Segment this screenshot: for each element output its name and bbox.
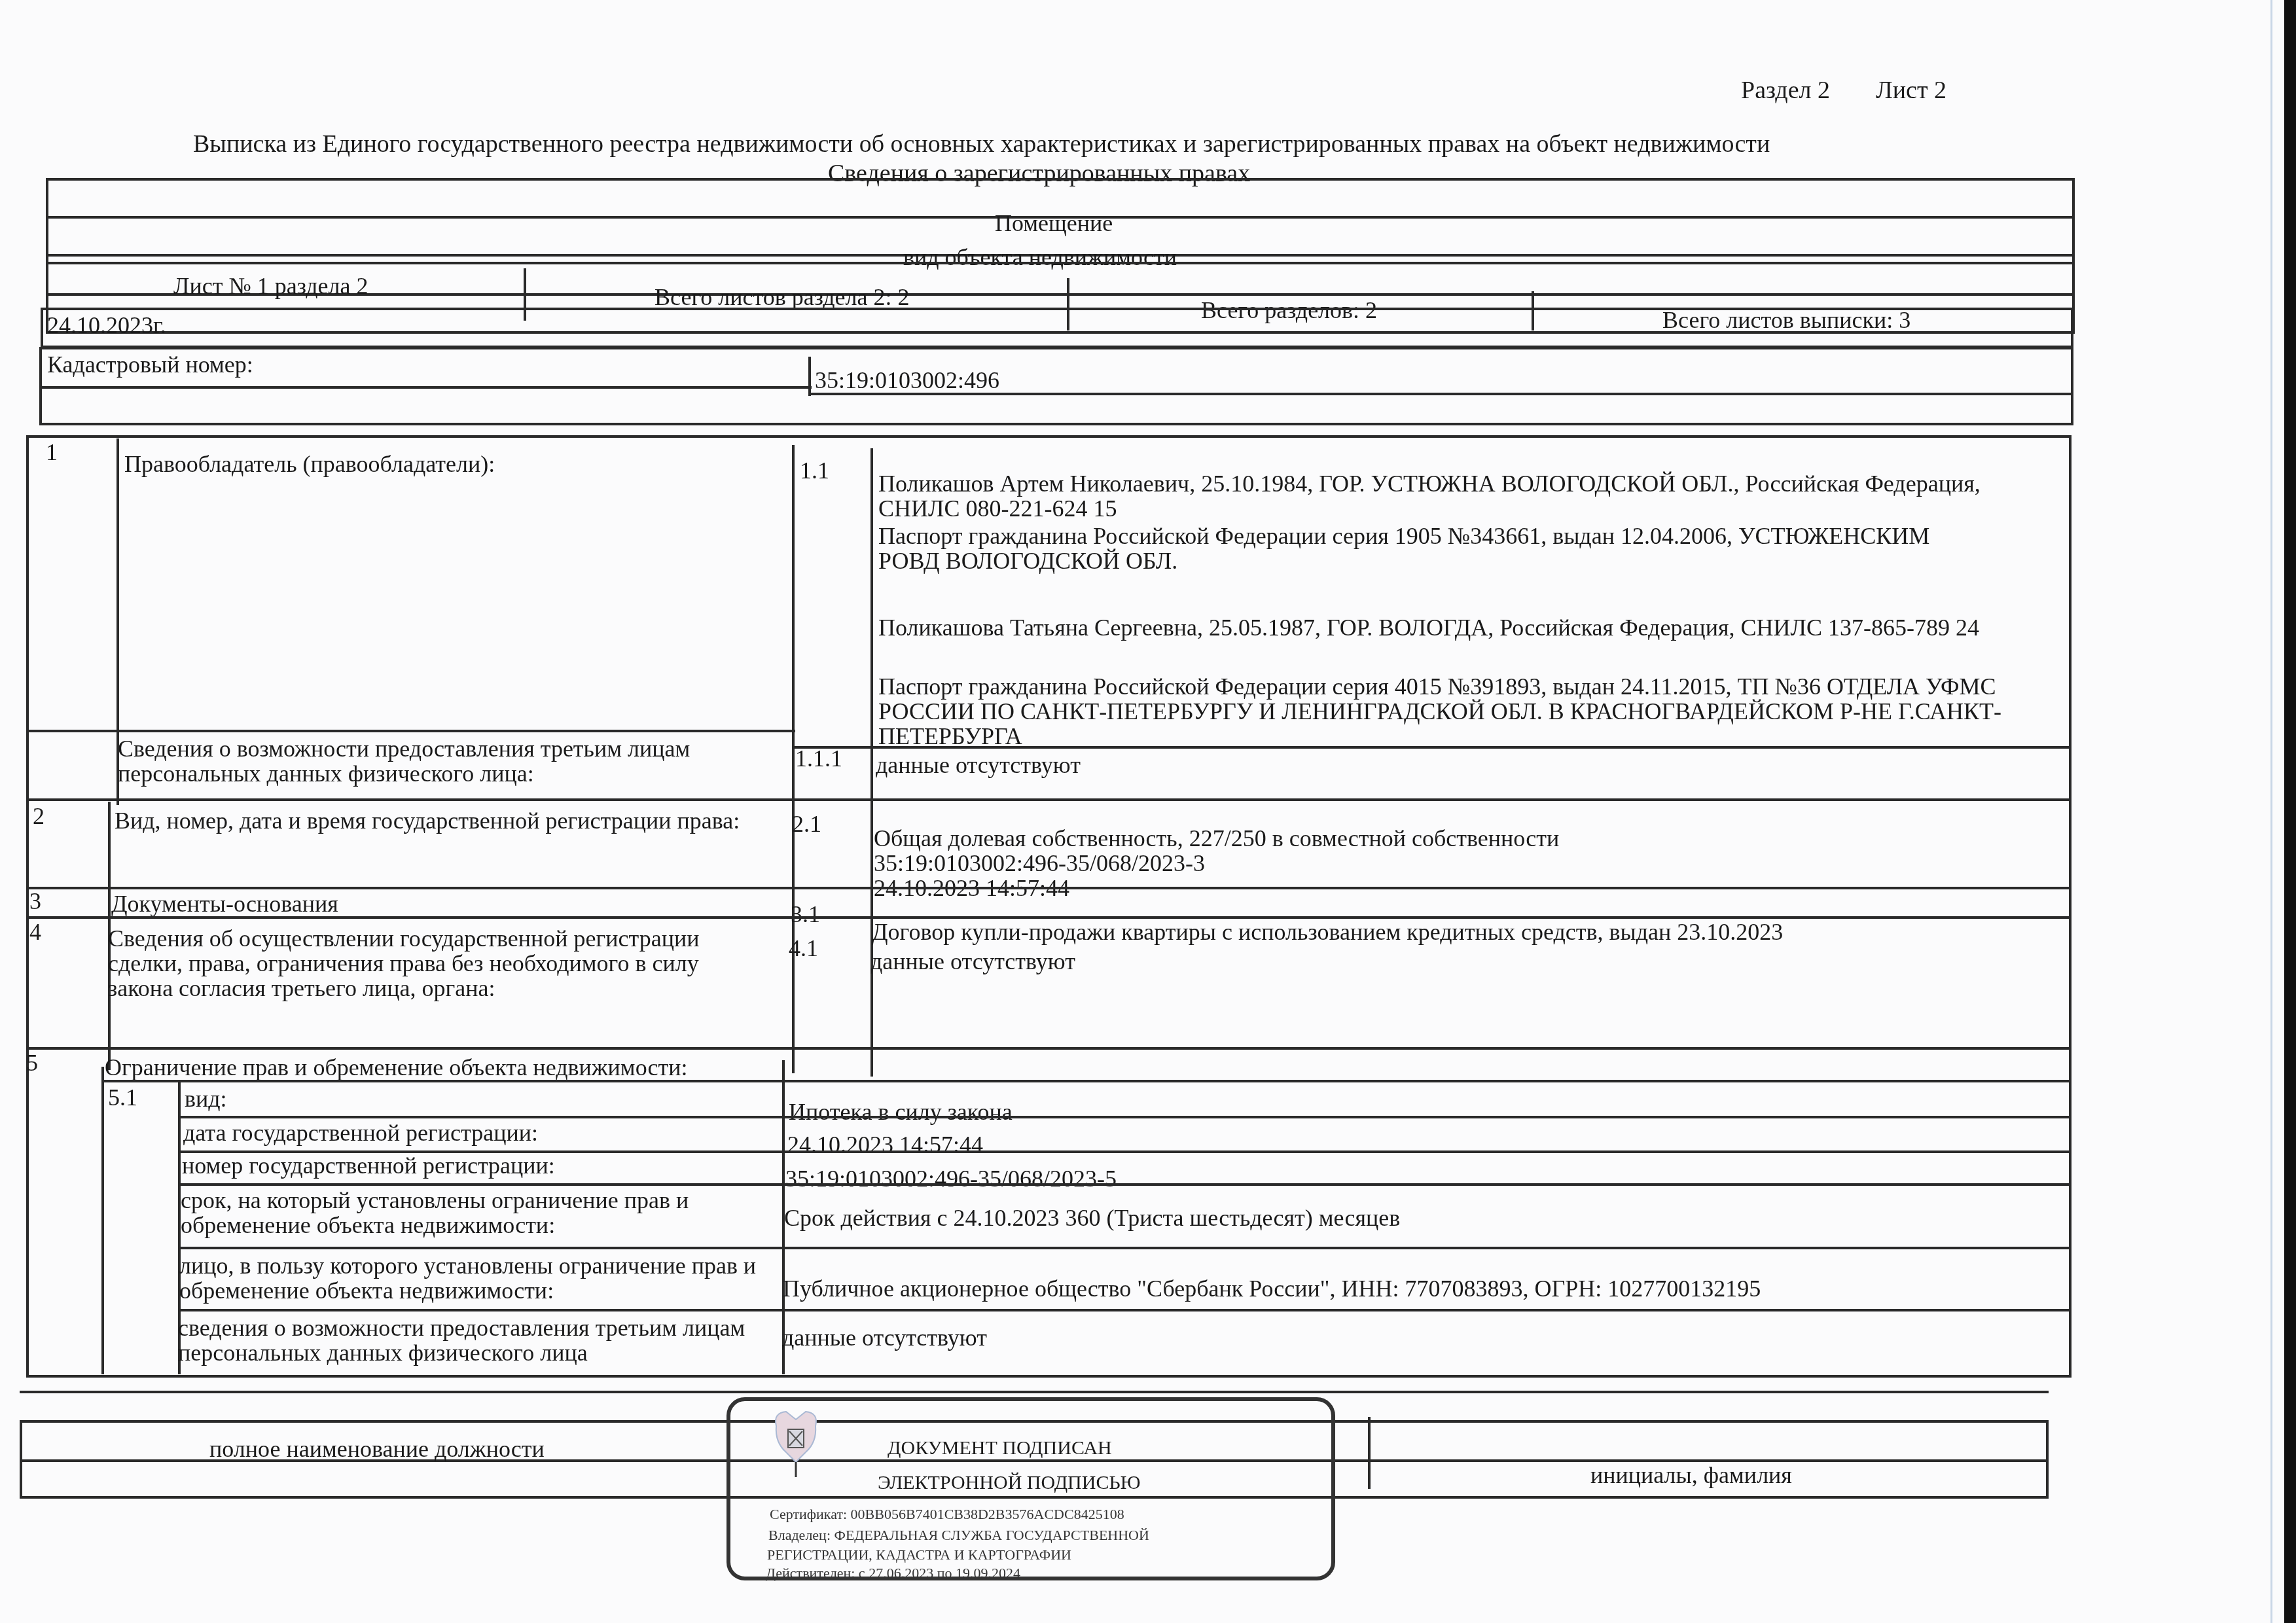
row-sub-number: 5.1	[108, 1085, 137, 1110]
divider	[792, 746, 2072, 749]
registration-number: 35:19:0103002:496-35/068/2023-3	[874, 851, 1205, 876]
sheet-label: Лист 2	[1876, 77, 1946, 104]
stamp-certificate: Сертификат: 00BB056B7401CB38D2B3576ACDC8…	[770, 1506, 1124, 1523]
encumbrance-field-label: лицо, в пользу которого установлены огра…	[179, 1253, 781, 1303]
encumbrance-beneficiary-value: Публичное акционерное общество "Сбербанк…	[783, 1276, 1761, 1301]
divider	[178, 1116, 2070, 1118]
divider	[178, 1309, 2070, 1311]
divider	[101, 1080, 2072, 1082]
divider	[101, 1067, 104, 1374]
row-number: 5	[26, 1050, 38, 1075]
divider	[26, 798, 2072, 801]
encumbrance-term-value: Срок действия с 24.10.2023 360 (Триста ш…	[784, 1205, 1400, 1230]
extract-date: 24.10.2023г.	[47, 313, 166, 338]
e-signature-stamp: ДОКУМЕНТ ПОДПИСАН ЭЛЕКТРОННОЙ ПОДПИСЬЮ С…	[726, 1397, 1335, 1580]
encumbrance-date-value: 24.10.2023 14:57:44	[787, 1132, 983, 1157]
page-edge-line	[2270, 0, 2272, 1623]
holder-1-info: Поликашов Артем Николаевич, 25.10.1984, …	[878, 471, 2056, 521]
row-sub-number: 3.1	[791, 902, 820, 927]
encumbrance-field-label: номер государственной регистрации:	[182, 1153, 555, 1178]
personal-data-consent-value: данные отсутствуют	[876, 753, 1081, 777]
stamp-owner-line1: Владелец: ФЕДЕРАЛЬНАЯ СЛУЖБА ГОСУДАРСТВЕ…	[768, 1527, 1149, 1544]
row-number: 2	[33, 804, 45, 829]
encumbrance-consent-value: данные отсутствуют	[782, 1325, 987, 1350]
page-header-right: Раздел 2Лист 2	[1741, 77, 1946, 103]
row-sub-number: 1.1	[800, 458, 829, 483]
basis-documents-label: Документы-основания	[111, 891, 338, 916]
stamp-owner-line2: РЕГИСТРАЦИИ, КАДАСТРА И КАРТОГРАФИИ	[767, 1546, 1071, 1563]
page-edge	[2284, 0, 2296, 1623]
divider	[26, 916, 2072, 919]
encumbrance-field-label: вид:	[185, 1086, 227, 1111]
encumbrance-field-label: сведения о возможности предоставления тр…	[178, 1315, 780, 1365]
registration-label: Вид, номер, дата и время государственной…	[115, 808, 782, 833]
basis-document-value: Договор купли-продажи квартиры с использ…	[872, 919, 1783, 944]
holder-1-passport: Паспорт гражданина Российской Федерации …	[878, 524, 1991, 573]
encumbrance-type-value: Ипотека в силу закона	[789, 1099, 1013, 1124]
ownership-type: Общая долевая собственность, 227/250 в с…	[874, 826, 1559, 851]
row-sub-number: 2.1	[792, 811, 821, 836]
divider	[870, 448, 873, 1077]
encumbrance-number-value: 35:19:0103002:496-35/068/2023-5	[785, 1166, 1117, 1191]
position-label: полное наименование должности	[209, 1436, 545, 1461]
right-holder-label: Правообладатель (правообладатели):	[124, 452, 495, 476]
divider	[26, 1047, 2072, 1050]
stamp-title-line2: ЭЛЕКТРОННОЙ ПОДПИСЬЮ	[878, 1472, 1141, 1494]
sheet-of-section: Лист № 1 раздела 2	[173, 274, 368, 298]
total-sheets-section: Всего листов раздела 2: 2	[655, 285, 910, 310]
encumbrance-label: Ограничение прав и обременение объекта н…	[105, 1055, 688, 1080]
divider	[808, 357, 811, 396]
holder-2-passport: Паспорт гражданина Российской Федерации …	[878, 674, 2011, 749]
encumbrance-field-label: дата государственной регистрации:	[183, 1120, 538, 1145]
cadastral-label: Кадастровый номер:	[47, 352, 253, 377]
stamp-title-line1: ДОКУМЕНТ ПОДПИСАН	[888, 1437, 1112, 1459]
personal-data-consent-label: Сведения о возможности предоставления тр…	[118, 736, 785, 786]
divider	[178, 1247, 2070, 1249]
row-number: 1	[46, 440, 58, 465]
document-title: Выписка из Единого государственного реес…	[193, 131, 1770, 157]
stamp-validity: Действителен: с 27.06.2023 по 19.09.2024	[766, 1565, 1020, 1582]
row-sub-number: 1.1.1	[795, 746, 842, 771]
divider	[26, 887, 2072, 889]
third-party-consent-label: Сведения об осуществлении государственно…	[108, 926, 762, 1001]
divider	[20, 1391, 2049, 1393]
date-box	[41, 308, 2073, 348]
row-number: 4	[29, 919, 41, 944]
divider	[26, 730, 795, 732]
row-number: 3	[29, 889, 41, 914]
holder-2-info: Поликашова Татьяна Сергеевна, 25.05.1987…	[878, 615, 1991, 640]
divider	[39, 386, 812, 389]
row-sub-number: 4.1	[789, 936, 818, 961]
object-type-value: Помещение	[995, 211, 1113, 236]
section-label: Раздел 2	[1741, 77, 1830, 104]
divider	[178, 1183, 2070, 1186]
coat-of-arms-icon	[770, 1406, 822, 1478]
encumbrance-field-label: срок, на который установлены ограничение…	[181, 1188, 783, 1238]
cadastral-value: 35:19:0103002:496	[815, 368, 999, 393]
divider	[792, 445, 795, 1073]
name-label: инициалы, фамилия	[1590, 1463, 1792, 1488]
divider	[1368, 1417, 1371, 1489]
third-party-consent-value: данные отсутствуют	[870, 949, 1075, 974]
